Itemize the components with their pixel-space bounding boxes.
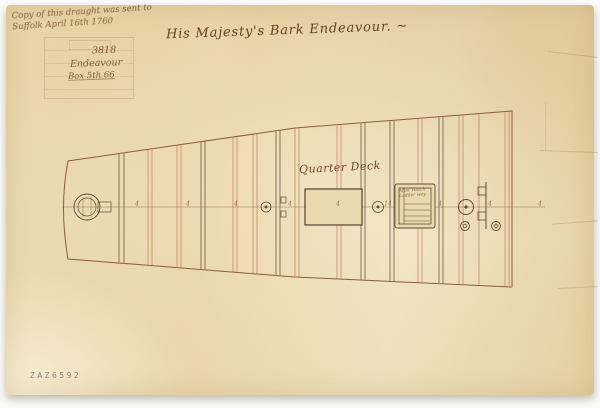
- deck-label: Quarter Deck: [299, 159, 381, 176]
- hatch-label-line-2: Ladder way: [399, 192, 430, 199]
- paper-crease: [545, 102, 546, 150]
- stamp-ship-name: Endeavour: [70, 57, 123, 70]
- paper-crease: [552, 220, 598, 224]
- paper-crease: [548, 51, 598, 58]
- hatch-label: After Hatch Ladder way: [399, 187, 431, 199]
- paper-crease: [558, 286, 598, 289]
- catalog-number-pencil: ZAZ6592: [30, 371, 81, 380]
- stamp-reference-number: 3818: [92, 45, 117, 57]
- scanned-plan-photo: 4444414444 Copy of this draught was sent…: [0, 0, 600, 408]
- paper-crease: [540, 150, 598, 153]
- stamp-box-number: Box 5th 66: [68, 70, 115, 82]
- plan-title: His Majesty's Bark Endeavour. ~: [166, 19, 409, 42]
- inscription-top-left: Copy of this draught was sent to Suffolk…: [11, 3, 152, 34]
- annotation-layer: Copy of this draught was sent to Suffolk…: [0, 0, 600, 408]
